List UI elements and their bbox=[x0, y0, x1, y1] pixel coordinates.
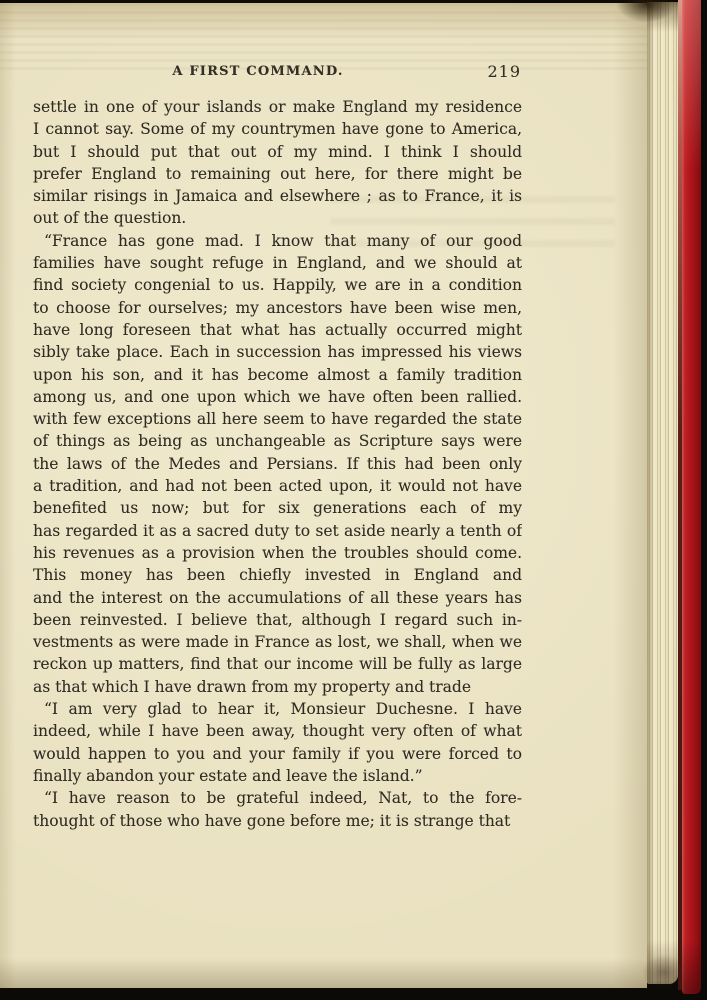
text-line: would happen to you and your family if y… bbox=[33, 743, 522, 765]
text-line: prefer England to remaining out here, fo… bbox=[33, 163, 522, 185]
text-line: and the interest on the accumulations of… bbox=[33, 587, 522, 609]
text-line: sibly take place. Each in succession has… bbox=[33, 341, 522, 363]
fore-edge-top-smudge bbox=[608, 0, 678, 26]
text-line: vestments as were made in France as lost… bbox=[33, 631, 522, 653]
running-head-title: A FIRST COMMAND. bbox=[172, 64, 343, 79]
text-line: “I have reason to be grateful indeed, Na… bbox=[33, 787, 522, 809]
text-line: find society congenial to us. Happily, w… bbox=[33, 274, 522, 296]
text-line: “I am very glad to hear it, Monsieur Duc… bbox=[33, 698, 522, 720]
text-line: to choose for ourselves; my ancestors ha… bbox=[33, 297, 522, 319]
text-line: have long foreseen that what has actuall… bbox=[33, 319, 522, 341]
paragraph: settle in one of your islands or make En… bbox=[33, 96, 522, 230]
text-line: families have sought refuge in England, … bbox=[33, 252, 522, 274]
text-line: been reinvested. I believe that, althoug… bbox=[33, 609, 522, 631]
text-line: a tradition, and had not been acted upon… bbox=[33, 475, 522, 497]
page-body: settle in one of your islands or make En… bbox=[33, 96, 522, 832]
text-line: out of the question. bbox=[33, 207, 522, 229]
text-line: indeed, while I have been away, thought … bbox=[33, 720, 522, 742]
text-line: with few exceptions all here seem to hav… bbox=[33, 408, 522, 430]
paragraph: “I am very glad to hear it, Monsieur Duc… bbox=[33, 698, 522, 787]
text-line: thought of those who have gone before me… bbox=[33, 810, 522, 832]
text-line: reckon up matters, find that our income … bbox=[33, 653, 522, 675]
paragraph: “I have reason to be grateful indeed, Na… bbox=[33, 787, 522, 832]
text-line: “France has gone mad. I know that many o… bbox=[33, 230, 522, 252]
text-line: upon his son, and it has become almost a… bbox=[33, 364, 522, 386]
red-cover-edge bbox=[682, 0, 701, 994]
text-line: benefited us now; but for six generation… bbox=[33, 497, 522, 519]
text-block: A FIRST COMMAND. 219 settle in one of yo… bbox=[33, 62, 522, 832]
text-line: I cannot say. Some of my countrymen have… bbox=[33, 118, 522, 140]
running-head: A FIRST COMMAND. 219 bbox=[33, 62, 522, 96]
text-line: as that which I have drawn from my prope… bbox=[33, 676, 522, 698]
page-number: 219 bbox=[487, 62, 521, 81]
page-fore-edge bbox=[647, 2, 678, 984]
text-line: the laws of the Medes and Persians. If t… bbox=[33, 453, 522, 475]
text-line: This money has been chiefly invested in … bbox=[33, 564, 522, 586]
paragraph: “France has gone mad. I know that many o… bbox=[33, 230, 522, 698]
text-line: settle in one of your islands or make En… bbox=[33, 96, 522, 118]
text-line: but I should put that out of my mind. I … bbox=[33, 141, 522, 163]
text-line: of things as being as unchangeable as Sc… bbox=[33, 430, 522, 452]
text-line: finally abandon your estate and leave th… bbox=[33, 765, 522, 787]
text-line: similar risings in Jamaica and elsewhere… bbox=[33, 185, 522, 207]
scanned-book-photo: A FIRST COMMAND. 219 settle in one of yo… bbox=[0, 0, 707, 1000]
text-line: has regarded it as a sacred duty to set … bbox=[33, 520, 522, 542]
text-line: among us, and one upon which we have oft… bbox=[33, 386, 522, 408]
text-line: his revenues as a provision when the tro… bbox=[33, 542, 522, 564]
